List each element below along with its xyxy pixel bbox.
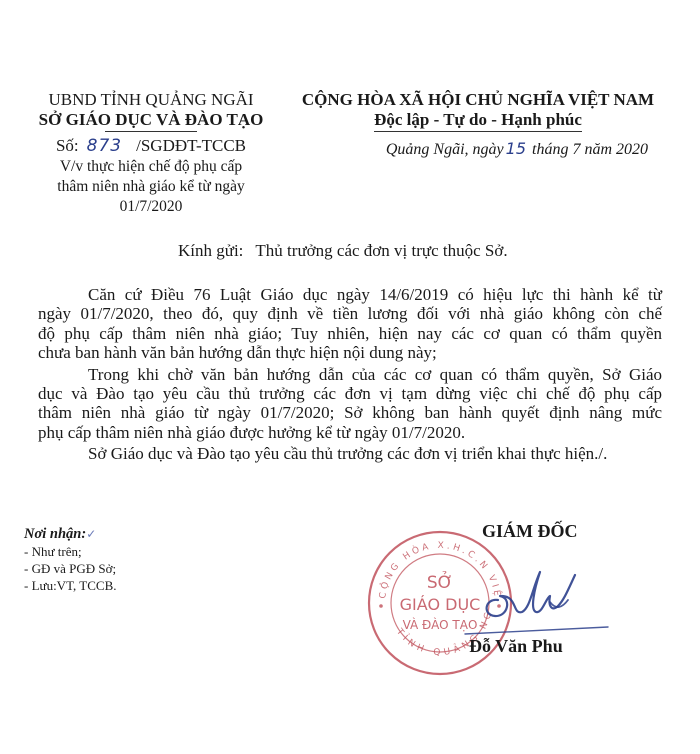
seal-line: SỞ [427, 570, 453, 593]
subject-line: V/v thực hiện chế độ phụ cấp [20, 157, 282, 177]
number-suffix: /SGDĐT-TCCB [136, 136, 246, 155]
body-line: độ phụ cấp thâm niên nhà giáo; Tuy nhiên… [38, 324, 662, 343]
national-header-block: CỘNG HÒA XÃ HỘI CHỦ NGHĨA VIỆT NAM Độc l… [298, 90, 658, 161]
body-paragraph: Trong khi chờ văn bản hướng dẫn của các … [38, 365, 662, 443]
signer-position: GIÁM ĐỐC [482, 521, 578, 542]
recipients-title: Nơi nhận:✓ [24, 525, 117, 543]
date-prefix: Quảng Ngãi, ngày [386, 141, 504, 158]
department-name: SỞ GIÁO DỤC VÀ ĐÀO TẠO [20, 110, 282, 130]
date-suffix: tháng 7 năm 2020 [532, 141, 648, 158]
issuing-authority-block: UBND TỈNH QUẢNG NGÃI SỞ GIÁO DỤC VÀ ĐÀO … [20, 90, 282, 217]
addressee-recipient: Thủ trưởng các đơn vị trực thuộc Sở. [255, 241, 507, 260]
body-line: chưa ban hành văn bản hướng dẫn thực hiệ… [38, 343, 662, 362]
body-paragraph: Sở Giáo dục và Đào tạo yêu cầu thủ trưởn… [38, 444, 662, 463]
signer-name: Đỗ Văn Phu [469, 636, 563, 657]
handwritten-day: 15 [504, 139, 532, 158]
body-line: Trong khi chờ văn bản hướng dẫn của các … [38, 365, 662, 384]
addressee-line: Kính gửi:Thủ trưởng các đơn vị trực thuộ… [178, 241, 508, 261]
recipient-item: - GĐ và PGĐ Sở; [24, 560, 117, 577]
body-line: phụ cấp thâm niên nhà giáo được hưởng kể… [38, 423, 662, 442]
document-body: Căn cứ Điều 76 Luật Giáo dục ngày 14/6/2… [38, 285, 662, 464]
body-line: ngày 01/7/2020, theo đó, quy định về tiề… [38, 304, 662, 323]
recipients-title-text: Nơi nhận: [24, 526, 86, 542]
body-line: thâm niên nhà giáo từ ngày 01/7/2020; Sở… [38, 403, 662, 422]
subject-line: 01/7/2020 [20, 197, 282, 217]
body-line: Sở Giáo dục và Đào tạo yêu cầu thủ trưởn… [38, 444, 662, 463]
recipient-item: - Như trên; [24, 543, 117, 560]
handwritten-number: 873 [79, 136, 136, 156]
number-label: Số: [56, 136, 79, 155]
national-motto: Độc lập - Tự do - Hạnh phúc [374, 110, 582, 132]
national-title: CỘNG HÒA XÃ HỘI CHỦ NGHĨA VIỆT NAM [298, 90, 658, 110]
authority-name: UBND TỈNH QUẢNG NGÃI [20, 90, 282, 110]
handwritten-signature-icon [460, 560, 610, 640]
body-line: dục và Đào tạo yêu cầu thủ trưởng các đơ… [38, 384, 662, 403]
body-paragraph: Căn cứ Điều 76 Luật Giáo dục ngày 14/6/2… [38, 285, 662, 363]
recipients-block: Nơi nhận:✓ - Như trên; - GĐ và PGĐ Sở; -… [24, 525, 117, 594]
checkmark-icon: ✓ [86, 527, 96, 541]
department-underline [105, 131, 197, 132]
addressee-label: Kính gửi: [178, 241, 255, 260]
document-number: Số:873/SGDĐT-TCCB [20, 135, 282, 157]
recipient-item: - Lưu:VT, TCCB. [24, 577, 117, 594]
subject-line: thâm niên nhà giáo kể từ ngày [20, 177, 282, 197]
body-line: Căn cứ Điều 76 Luật Giáo dục ngày 14/6/2… [38, 285, 662, 304]
issue-date: Quảng Ngãi, ngày15tháng 7 năm 2020 [298, 138, 658, 161]
